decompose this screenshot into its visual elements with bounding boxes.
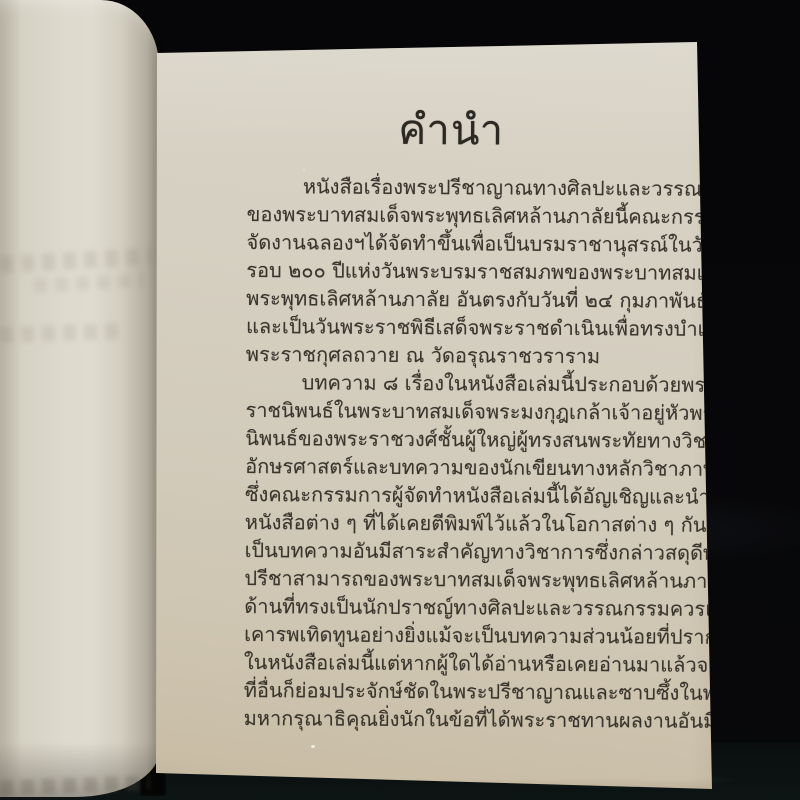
text-segment: และเป็นวันพระราชพิธีเสด็จพระราชดำเนิน (246, 312, 608, 342)
text-line: พระพุทธเลิศหล้านภาลัย อันตรงกับวันที่ ๒๔… (246, 284, 640, 314)
text-line: นิพนธ์ของพระราชวงศ์ชั้นผู้ใหญ่ผู้ทรงสนพร… (245, 424, 639, 454)
book-photo: คำนำ หนังสือเรื่องพระปรีชาญาณทางศิลปะและ… (0, 0, 800, 800)
text-segment: ของพระบาทสมเด็จพระพุทธเลิศหล้านภาลัยนี้ (247, 200, 629, 230)
text-segment: นิพนธ์ของพระราชวงศ์ชั้นผู้ใหญ่ (245, 424, 516, 454)
text-segment: ในหนังสือเล่มนี้ (244, 648, 374, 677)
text-segment: เป็นบทความอันมีสาระสำคัญทางวิชาการ (245, 536, 595, 566)
text-line: ซึ่งคณะกรรมการผู้จัดทำหนังสือเล่มนี้ได้อ… (245, 480, 639, 510)
text-line: บทความ ๘ เรื่องในหนังสือเล่มนี้ประกอบด้ว… (246, 368, 640, 398)
page-content: คำนำ หนังสือเรื่องพระปรีชาญาณทางศิลปะและ… (244, 0, 642, 734)
text-line: เป็นบทความอันมีสาระสำคัญทางวิชาการซึ่งกล… (245, 536, 639, 566)
text-segment: เพื่อทรงบำเพ็ญ (608, 314, 735, 343)
text-line: และเป็นวันพระราชพิธีเสด็จพระราชดำเนินเพื… (246, 312, 640, 342)
text-segment: มหากรุณาธิคุณยิ่งนัก (244, 704, 426, 733)
page-title: คำนำ (247, 100, 641, 160)
text-segment: ในข้อที่ได้พระราชทานผลงานอันมีค่าไว้ (425, 705, 762, 735)
text-segment: บทความ ๘ เรื่องในหนังสือเล่มนี้ (302, 368, 575, 398)
text-segment: แม้จะเป็นบทความส่วนน้อยที่ปรากฏอยู่ (425, 621, 753, 651)
text-line: จัดงานฉลองฯได้จัดทำขึ้นเพื่อเป็นบรมราชาน… (246, 228, 640, 258)
text-segment: ซึ่งกล่าวสดุดีพระ- (595, 538, 745, 567)
text-segment: หนังสือต่าง ๆ ที่ได้เคยตีพิมพ์ไว้แล้วในโ… (245, 508, 707, 539)
text-segment: ล้วน (706, 511, 743, 539)
text-line: รอบ ๒๐๐ ปีแห่งวันพระบรมราชสมภพของพระบาทส… (246, 256, 640, 286)
text-segment: ประกอบด้วยพระ- (574, 370, 723, 399)
text-segment: พระ- (689, 399, 731, 427)
text-line: มหากรุณาธิคุณยิ่งนักในข้อที่ได้พระราชทาน… (244, 704, 638, 734)
text-segment: ด้านที่ทรงเป็นนักปราชญ์ทางศิลปะและวรรณกร… (244, 592, 670, 623)
text-line: ปรีชาสามารถของพระบาทสมเด็จพระพุทธเลิศหล้… (244, 564, 638, 594)
body-text: หนังสือเรื่องพระปรีชาญาณทางศิลปะและวรรณก… (244, 172, 641, 734)
text-segment: รอบ ๒๐๐ ปี (246, 256, 345, 285)
text-segment: แต่หากผู้ใดได้อ่านหรือเคยอ่านมาแล้วจาก (374, 649, 732, 679)
dust-speck (311, 745, 315, 748)
text-segment: อักษรศาสตร์ (245, 452, 353, 481)
text-line: พระราชกุศลถวาย ณ วัดอรุณราชวราราม (246, 340, 640, 370)
ghost-text-line (0, 248, 152, 273)
text-line: หนังสือเรื่องพระปรีชาญาณทางศิลปะและวรรณก… (247, 172, 641, 202)
text-line: ด้านที่ทรงเป็นนักปราชญ์ทางศิลปะและวรรณกร… (244, 592, 638, 622)
text-line: เคารพเทิดทูนอย่างยิ่งแม้จะเป็นบทความส่วน… (244, 620, 638, 650)
text-segment: หนังสือเรื่อง (303, 172, 403, 201)
dust-speck (303, 169, 305, 171)
text-segment: เคารพเทิดทูนอย่างยิ่ง (244, 620, 426, 649)
text-line: หนังสือต่าง ๆ ที่ได้เคยตีพิมพ์ไว้แล้วในโ… (245, 508, 639, 538)
ghost-text-line (0, 323, 122, 343)
left-page (0, 0, 159, 797)
text-line: ในหนังสือเล่มนี้แต่หากผู้ใดได้อ่านหรือเค… (244, 648, 638, 678)
text-segment: ก็ย่อมประจักษ์ชัดในพระปรีชาญาณและซาบซึ้ง… (283, 676, 738, 707)
text-segment: และบทความของนักเขียนทางหลักวิชาภาษาไทย (353, 453, 763, 484)
text-line: ราชนิพนธ์ในพระบาทสมเด็จพระมงกุฎเกล้าเจ้า… (245, 396, 639, 426)
ghost-text-line (34, 273, 145, 293)
text-line: อักษรศาสตร์และบทความของนักเขียนทางหลักวิ… (245, 452, 639, 482)
text-segment: คณะกรรมการ (628, 202, 752, 231)
text-segment: แห่งวันพระบรมราชสมภพของพระบาทสมเด็จ (345, 257, 729, 287)
text-segment: ราชนิพนธ์ในพระบาทสมเด็จพระมงกุฎเกล้าเจ้า… (245, 396, 689, 427)
text-segment: พระปรีชาญาณทางศิลปะและวรรณกรรม (403, 173, 749, 203)
text-segment: จัดงานฉลองฯ (246, 228, 364, 257)
text-line: ของพระบาทสมเด็จพระพุทธเลิศหล้านภาลัยนี้ค… (247, 200, 641, 230)
text-segment: ได้จัดทำขึ้นเพื่อเป็นบรมราชานุสรณ์ในวันค… (365, 229, 754, 259)
text-segment: ควรแก่การ (670, 595, 765, 624)
text-line: ที่อื่นก็ย่อมประจักษ์ชัดในพระปรีชาญาณและ… (244, 676, 638, 706)
text-segment: ผู้ทรงสนพระทัยทางวิชาการ (516, 426, 751, 455)
text-segment: ที่อื่น (244, 676, 283, 704)
